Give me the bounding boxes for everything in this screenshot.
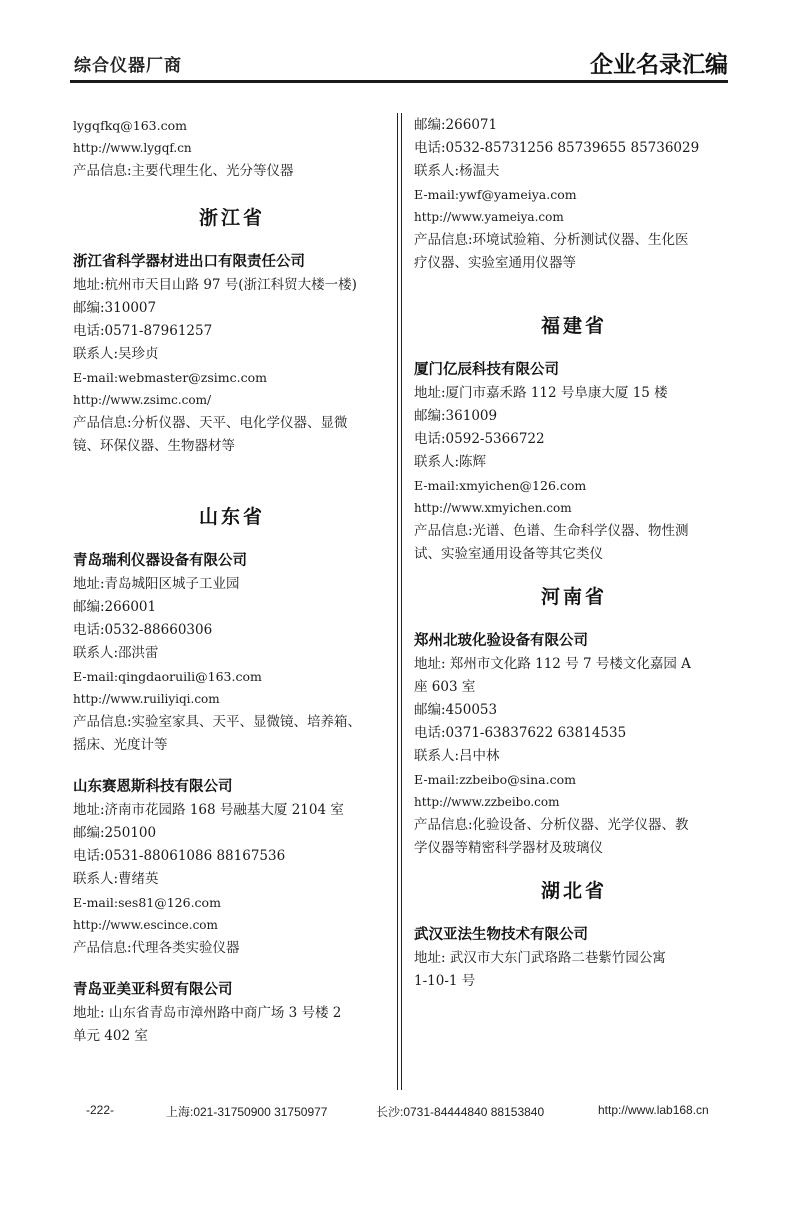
contact: 联系人:陈辉 <box>414 451 734 474</box>
footer-changsha-phone: 长沙:0731-84444840 88153840 <box>376 1103 544 1120</box>
province-heading-zhejiang: 浙江省 <box>73 203 391 230</box>
email: E-mail:webmaster@zsimc.com <box>73 366 391 389</box>
address: 地址: 郑州市文化路 112 号 7 号楼文化嘉园 A <box>414 653 734 676</box>
products: 产品信息:化验设备、分析仪器、光学仪器、教 <box>414 814 734 837</box>
website: http://www.xmyichen.com <box>414 497 734 520</box>
contact: 联系人:邵洪雷 <box>73 642 391 665</box>
company-name: 山东赛恩斯科技有限公司 <box>73 775 391 799</box>
address: 地址:济南市花园路 168 号融基大厦 2104 室 <box>73 799 391 822</box>
left-column: lygqfkq@163.com http://www.lygqf.cn 产品信息… <box>73 114 391 1048</box>
products-continued: 镜、环保仪器、生物器材等 <box>73 435 391 458</box>
products-continued: 摇床、光度计等 <box>73 734 391 757</box>
header-left-title: 综合仪器厂商 <box>74 51 182 76</box>
postcode: 邮编:310007 <box>73 297 391 320</box>
products-continued: 试、实验室通用设备等其它类仪 <box>414 543 734 566</box>
website: http://www.zzbeibo.com <box>414 791 734 814</box>
province-heading-shandong: 山东省 <box>73 502 391 529</box>
company-entry: 浙江省科学器材进出口有限责任公司 地址:杭州市天目山路 97 号(浙江科贸大楼一… <box>73 250 391 458</box>
phone: 电话:0531-88061086 88167536 <box>73 845 391 868</box>
footer-shanghai-phone: 上海:021-31750900 31750977 <box>166 1103 327 1120</box>
phone: 电话:0571-87961257 <box>73 320 391 343</box>
products-continued: 疗仪器、实验室通用仪器等 <box>414 252 734 275</box>
phone: 电话:0532-85731256 85739655 85736029 <box>414 137 734 160</box>
address: 地址:青岛城阳区城子工业园 <box>73 573 391 596</box>
company-name: 武汉亚法生物技术有限公司 <box>414 923 734 947</box>
company-name: 青岛亚美亚科贸有限公司 <box>73 978 391 1002</box>
phone: 电话:0532-88660306 <box>73 619 391 642</box>
header-right-title: 企业名录汇编 <box>590 46 728 79</box>
company-name: 浙江省科学器材进出口有限责任公司 <box>73 250 391 274</box>
address: 地址:厦门市嘉禾路 112 号阜康大厦 15 楼 <box>414 382 734 405</box>
products: 产品信息:实验室家具、天平、显微镜、培养箱、 <box>73 711 391 734</box>
products-continued: 学仪器等精密科学器材及玻璃仪 <box>414 837 734 860</box>
company-entry: 厦门亿辰科技有限公司 地址:厦门市嘉禾路 112 号阜康大厦 15 楼 邮编:3… <box>414 358 734 566</box>
address: 地址:杭州市天目山路 97 号(浙江科贸大楼一楼) <box>73 274 391 297</box>
contact: 联系人:曹绪英 <box>73 868 391 891</box>
website: http://www.zsimc.com/ <box>73 389 391 412</box>
header-rule <box>70 80 728 83</box>
company-name: 厦门亿辰科技有限公司 <box>414 358 734 382</box>
address-continued: 座 603 室 <box>414 676 734 699</box>
address: 地址: 山东省青岛市漳州路中商广场 3 号楼 2 <box>73 1002 391 1025</box>
contact: 联系人:杨温夫 <box>414 160 734 183</box>
address: 地址: 武汉市大东门武珞路二巷紫竹园公寓 <box>414 947 734 970</box>
postcode: 邮编:266071 <box>414 114 734 137</box>
province-heading-hubei: 湖北省 <box>414 876 734 903</box>
company-entry: 青岛亚美亚科贸有限公司 地址: 山东省青岛市漳州路中商广场 3 号楼 2 单元 … <box>73 978 391 1048</box>
contact: 联系人:吴珍贞 <box>73 343 391 366</box>
products: 产品信息:分析仪器、天平、电化学仪器、显微 <box>73 412 391 435</box>
products: 产品信息:光谱、色谱、生命科学仪器、物性测 <box>414 520 734 543</box>
website: http://www.ruiliyiqi.com <box>73 688 391 711</box>
email: E-mail:zzbeibo@sina.com <box>414 768 734 791</box>
column-divider <box>397 113 402 1090</box>
products: 产品信息:代理各类实验仪器 <box>73 937 391 960</box>
province-heading-fujian: 福建省 <box>414 311 734 338</box>
email: E-mail:ywf@yameiya.com <box>414 183 734 206</box>
address-continued: 1-10-1 号 <box>414 970 734 993</box>
company-entry: 郑州北玻化验设备有限公司 地址: 郑州市文化路 112 号 7 号楼文化嘉园 A… <box>414 629 734 860</box>
right-column: 邮编:266071 电话:0532-85731256 85739655 8573… <box>414 114 734 993</box>
email: E-mail:qingdaoruili@163.com <box>73 665 391 688</box>
website: http://www.yameiya.com <box>414 206 734 229</box>
company-entry: 青岛瑞利仪器设备有限公司 地址:青岛城阳区城子工业园 邮编:266001 电话:… <box>73 549 391 757</box>
company-name: 郑州北玻化验设备有限公司 <box>414 629 734 653</box>
website: http://www.lygqf.cn <box>73 137 391 160</box>
province-heading-henan: 河南省 <box>414 582 734 609</box>
website: http://www.escince.com <box>73 914 391 937</box>
address-continued: 单元 402 室 <box>73 1025 391 1048</box>
company-entry: 山东赛恩斯科技有限公司 地址:济南市花园路 168 号融基大厦 2104 室 邮… <box>73 775 391 960</box>
postcode: 邮编:450053 <box>414 699 734 722</box>
phone: 电话:0592-5366722 <box>414 428 734 451</box>
email: E-mail:ses81@126.com <box>73 891 391 914</box>
company-name: 青岛瑞利仪器设备有限公司 <box>73 549 391 573</box>
phone: 电话:0371-63837622 63814535 <box>414 722 734 745</box>
postcode: 邮编:266001 <box>73 596 391 619</box>
postcode: 邮编:250100 <box>73 822 391 845</box>
products: 产品信息:主要代理生化、光分等仪器 <box>73 160 391 183</box>
company-entry: 武汉亚法生物技术有限公司 地址: 武汉市大东门武珞路二巷紫竹园公寓 1-10-1… <box>414 923 734 993</box>
products: 产品信息:环境试验箱、分析测试仪器、生化医 <box>414 229 734 252</box>
footer-website: http://www.lab168.cn <box>598 1103 709 1117</box>
page-number: -222- <box>86 1103 114 1117</box>
contact: 联系人:吕中林 <box>414 745 734 768</box>
postcode: 邮编:361009 <box>414 405 734 428</box>
email: E-mail:xmyichen@126.com <box>414 474 734 497</box>
email: lygqfkq@163.com <box>73 114 391 137</box>
